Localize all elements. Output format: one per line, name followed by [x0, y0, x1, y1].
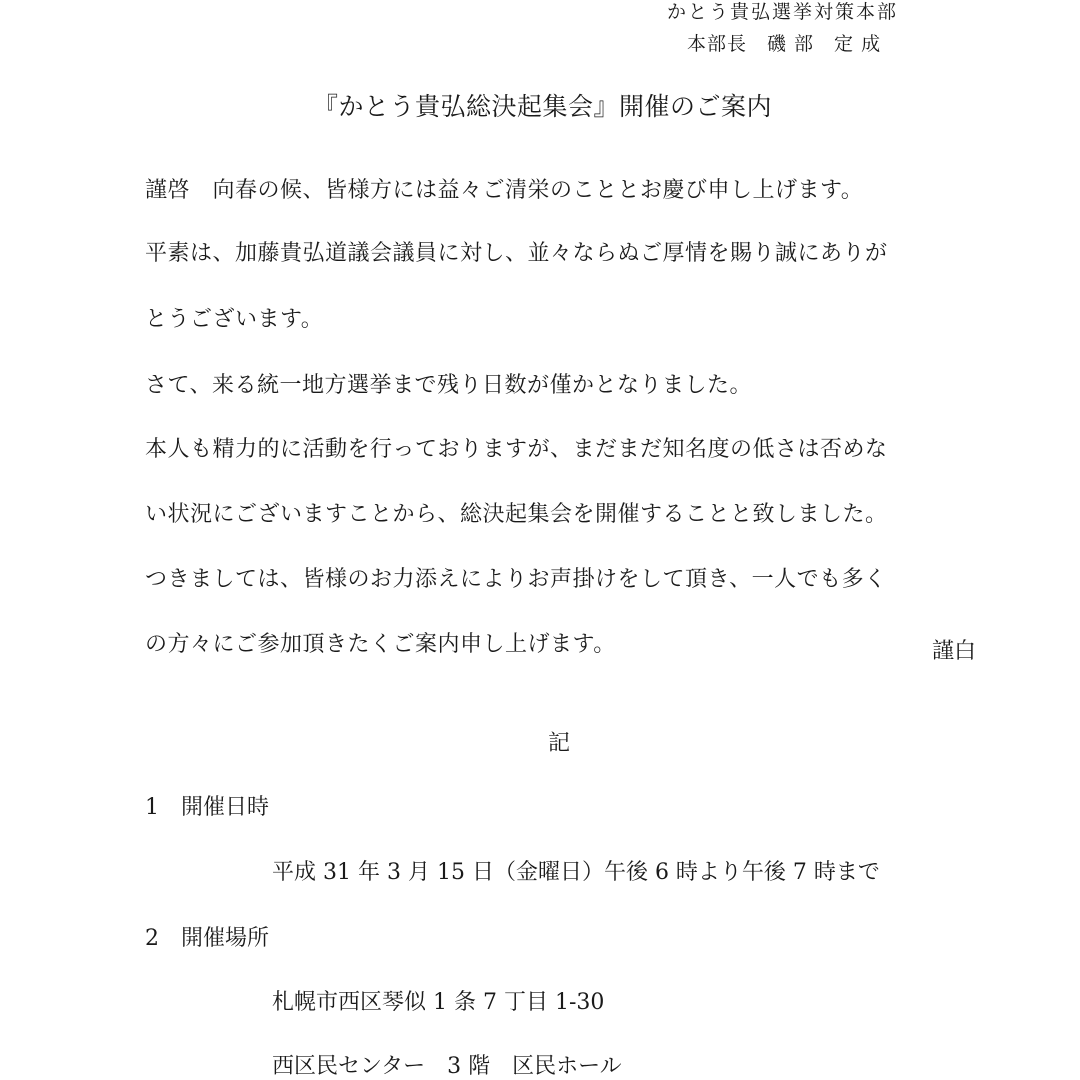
item-detail-datetime: 平成 31 年 3 月 15 日（金曜日）午後 6 時より午後 7 時まで	[272, 862, 880, 884]
sender-head: 本部長 磯 部 定 成	[687, 35, 881, 54]
body-line: 平素は、加藤貴弘道議会議員に対し、並々ならぬご厚情を賜り誠にありが	[145, 243, 888, 265]
item-heading-venue: 2 開催場所	[145, 928, 269, 950]
body-line: とうございます。	[145, 309, 323, 331]
item-heading-datetime: 1 開催日時	[145, 797, 269, 819]
body-line: の方々にご参加頂きたくご案内申し上げます。	[145, 634, 616, 656]
ki-heading: 記	[548, 733, 570, 755]
body-line: さて、来る統一地方選挙まで残り日数が僅かとなりました。	[145, 375, 752, 397]
closing-kinpaku: 謹白	[932, 634, 976, 665]
body-line: つきましては、皆様のお力添えによりお声掛けをして頂き、一人でも多く	[145, 569, 887, 591]
body-line: 本人も精力的に活動を行っておりますが、まだまだ知名度の低さは否めな	[145, 439, 888, 461]
document-title: 『かとう貴弘総決起集会』開催のご案内	[313, 94, 772, 119]
body-line: 謹啓 向春の候、皆様方には益々ご清栄のこととお慶び申し上げます。	[145, 180, 863, 202]
item-detail-address: 札幌市西区琴似 1 条 7 丁目 1-30	[272, 992, 604, 1014]
item-detail-hall: 西区民センター 3 階 区民ホール	[272, 1056, 622, 1078]
sender-organization: かとう貴弘選挙対策本部	[667, 3, 898, 22]
body-line: い状況にございますことから、総決起集会を開催することと致しました。	[145, 504, 888, 526]
